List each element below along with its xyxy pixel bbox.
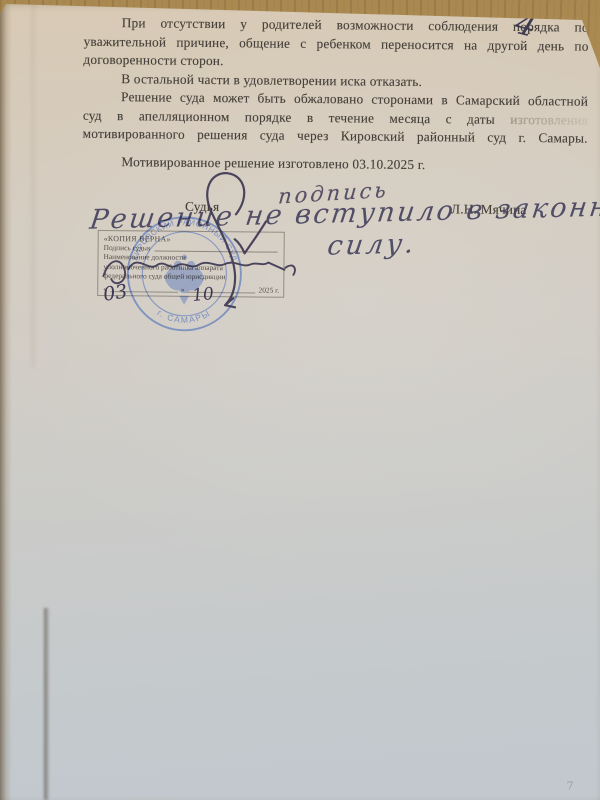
faint-corner-mark: 7 xyxy=(566,779,573,792)
page-stack-edge-shadow xyxy=(0,0,12,800)
handwritten-note-line2: силу. xyxy=(326,228,419,261)
double-headed-eagle-emblem xyxy=(164,254,204,304)
document-page: При отсутствии у родителей возможности с… xyxy=(0,0,600,800)
svg-text:г. САМАРЫ: г. САМАРЫ xyxy=(155,307,212,325)
paragraph-line: мотивированного решения суда через Киров… xyxy=(83,125,588,148)
paper-edge-crease xyxy=(44,608,49,800)
stamp-arc-bottom-text: г. САМАРЫ xyxy=(155,307,212,325)
line-main-text: суд в апелляционном порядке в течение ме… xyxy=(83,107,495,126)
paper-fold-crease xyxy=(29,0,34,368)
motivated-decision-line: Мотивированное решение изготовлено 03.10… xyxy=(82,152,587,175)
page-content: При отсутствии у родителей возможности с… xyxy=(0,0,600,800)
faded-word: изготовления xyxy=(510,111,588,127)
court-round-stamp: КИРОВСКИЙ РАЙОННЫЙ СУД г. САМАРЫ xyxy=(124,213,245,334)
printed-year: 2025 г. xyxy=(258,285,279,294)
